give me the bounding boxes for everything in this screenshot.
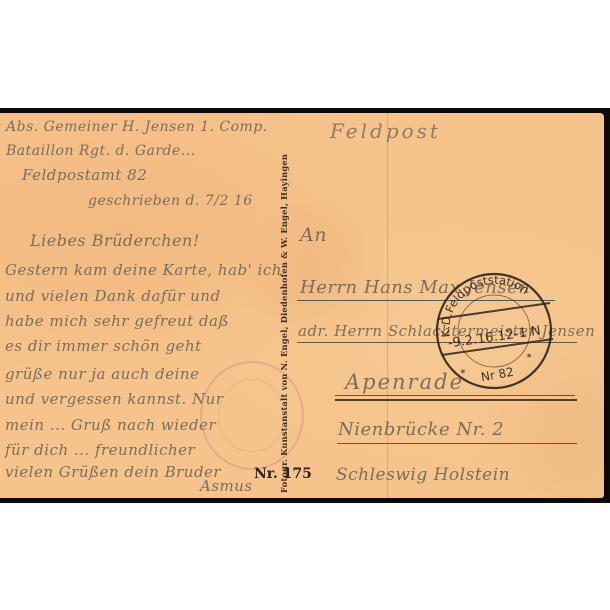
- postcard: Abs. Gemeiner H. Jensen 1. Comp. Bataill…: [0, 113, 604, 498]
- message-line: grüße nur ja auch deine: [5, 365, 199, 383]
- address-rule-4: [337, 443, 577, 444]
- sender-line-1: Abs. Gemeiner H. Jensen 1. Comp.: [6, 119, 268, 135]
- message-line: und vielen Dank dafür und: [5, 287, 221, 305]
- address-rule-3a: [335, 395, 575, 396]
- postmark-star-right: *: [526, 352, 533, 364]
- message-line: mein ... Gruß nach wieder: [5, 416, 216, 434]
- date-line: geschrieben d. 7/2 16: [88, 193, 253, 209]
- salutation: Liebes Brüderchen!: [30, 231, 200, 250]
- feldpost-note: Feldpost: [330, 119, 441, 143]
- message-line: es dir immer schön geht: [5, 337, 202, 355]
- address-line-4: Nienbrücke Nr. 2: [338, 419, 504, 440]
- message-line: für dich ... freundlicher: [5, 441, 195, 459]
- address-prefix: An: [300, 224, 327, 246]
- address-rule-3b: [335, 399, 577, 401]
- signature: Asmus: [200, 477, 253, 495]
- message-line: vielen Grüßen dein Bruder: [5, 463, 221, 481]
- postmark-star-left: *: [460, 368, 467, 380]
- message-line: und vergessen kannst. Nur: [5, 390, 223, 408]
- postmark-bottom-text: Nr 82: [480, 365, 515, 385]
- sender-line-2: Bataillon Rgt. d. Garde...: [6, 143, 196, 159]
- card-number: Nr. 175: [254, 466, 312, 482]
- sender-line-3: Feldpostamt 82: [22, 166, 147, 184]
- message-line: habe mich sehr gefreut daß: [5, 312, 229, 330]
- address-divider-line: [387, 113, 388, 498]
- address-line-5: Schleswig Holstein: [336, 465, 510, 485]
- printer-imprint: Fotogr. Kunstanstalt von N. Engel, Diede…: [279, 154, 289, 493]
- message-line: Gestern kam deine Karte, hab' ich: [5, 261, 282, 279]
- feldpost-postmark: K.D.Feldpoststation -9.2.16.12-1 N * Nr …: [432, 267, 557, 392]
